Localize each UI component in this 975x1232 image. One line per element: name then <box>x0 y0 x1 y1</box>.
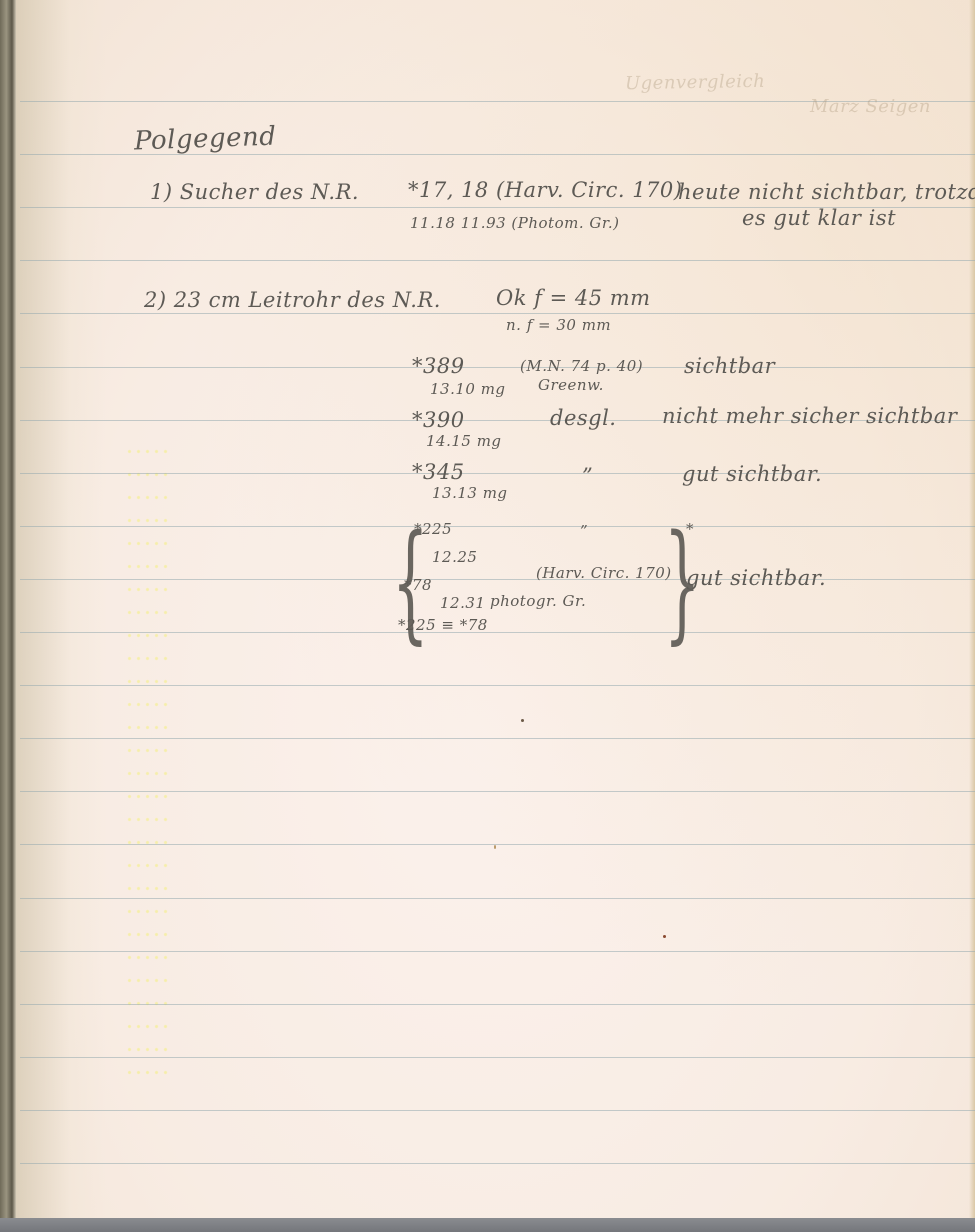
group-mag-2: 12.31 <box>440 594 485 612</box>
page-heading: Polgegend <box>134 122 277 157</box>
paper-speck <box>521 719 524 722</box>
ruled-line <box>20 1004 975 1005</box>
paper-speck <box>663 935 666 938</box>
ruled-line <box>20 526 975 527</box>
ruled-line <box>20 313 975 314</box>
obs-3-mag: 13.13 mg <box>432 484 508 502</box>
group-note: photogr. Gr. <box>490 592 586 610</box>
obs-1-mag: 13.10 mg <box>430 380 506 398</box>
group-identity: *225 ≡ *78 <box>398 616 488 634</box>
ruled-line <box>20 1057 975 1058</box>
bleed-through-text: Marz Seigen <box>810 96 931 117</box>
group-ditto: ” <box>580 522 588 540</box>
entry-1-remark: heute nicht sichtbar, trotzdem <box>678 180 975 204</box>
paper-speck <box>494 845 496 849</box>
group-result: gut sichtbar. <box>686 566 826 590</box>
obs-2-source: desgl. <box>550 406 616 430</box>
group-star-225: *225 <box>414 520 452 538</box>
gutter-shadow <box>16 0 106 1218</box>
ruled-line <box>20 367 975 368</box>
obs-2-mag: 14.15 mg <box>426 432 502 450</box>
obs-3-result: gut sichtbar. <box>682 462 822 486</box>
obs-2-result: nicht mehr sicher sichtbar <box>662 404 957 428</box>
obs-3-source: ” <box>582 464 593 488</box>
obs-3-star: *345 <box>412 460 465 484</box>
ruled-line <box>20 791 975 792</box>
binding-edge <box>0 0 16 1218</box>
ruled-line <box>20 685 975 686</box>
entry-2-label: 2) 23 cm Leitrohr des N.R. <box>144 288 441 312</box>
obs-1-star: *389 <box>412 354 465 378</box>
entry-1-mags: 11.18 11.93 (Photom. Gr.) <box>410 214 620 232</box>
ruled-line <box>20 579 975 580</box>
entry-1-star: *17, 18 (Harv. Circ. 170) <box>408 178 682 202</box>
ruled-line <box>20 1110 975 1111</box>
entry-2-optics-2: n. f = 30 mm <box>506 316 611 334</box>
ruled-line <box>20 632 975 633</box>
ruled-line <box>20 738 975 739</box>
ruled-line <box>20 1163 975 1164</box>
entry-1-remark-2: es gut klar ist <box>742 206 896 230</box>
ruled-line <box>20 898 975 899</box>
scan-border <box>0 1218 975 1232</box>
obs-2-star: *390 <box>412 408 465 432</box>
obs-1-note: Greenw. <box>538 376 604 394</box>
ruled-line <box>20 260 975 261</box>
entry-2-optics-1: Ok f = 45 mm <box>496 286 651 310</box>
bleed-through-text: Ugenvergleich <box>625 71 766 94</box>
obs-1-source: (M.N. 74 p. 40) <box>520 357 643 375</box>
obs-1-result: sichtbar <box>684 354 775 378</box>
group-mag-1: 12.25 <box>432 548 477 566</box>
group-source: (Harv. Circ. 170) <box>536 564 672 582</box>
ruled-line <box>20 844 975 845</box>
ruled-line <box>20 951 975 952</box>
notebook-page: Ugenvergleich Marz Seigen Polgegend 1) S… <box>0 0 975 1218</box>
yellow-speck-artifact <box>125 440 170 1080</box>
group-star-78: *78 <box>404 576 432 594</box>
entry-1-label: 1) Sucher des N.R. <box>150 180 359 204</box>
ruled-line <box>20 473 975 474</box>
group-footnote-mark: * <box>686 520 694 538</box>
